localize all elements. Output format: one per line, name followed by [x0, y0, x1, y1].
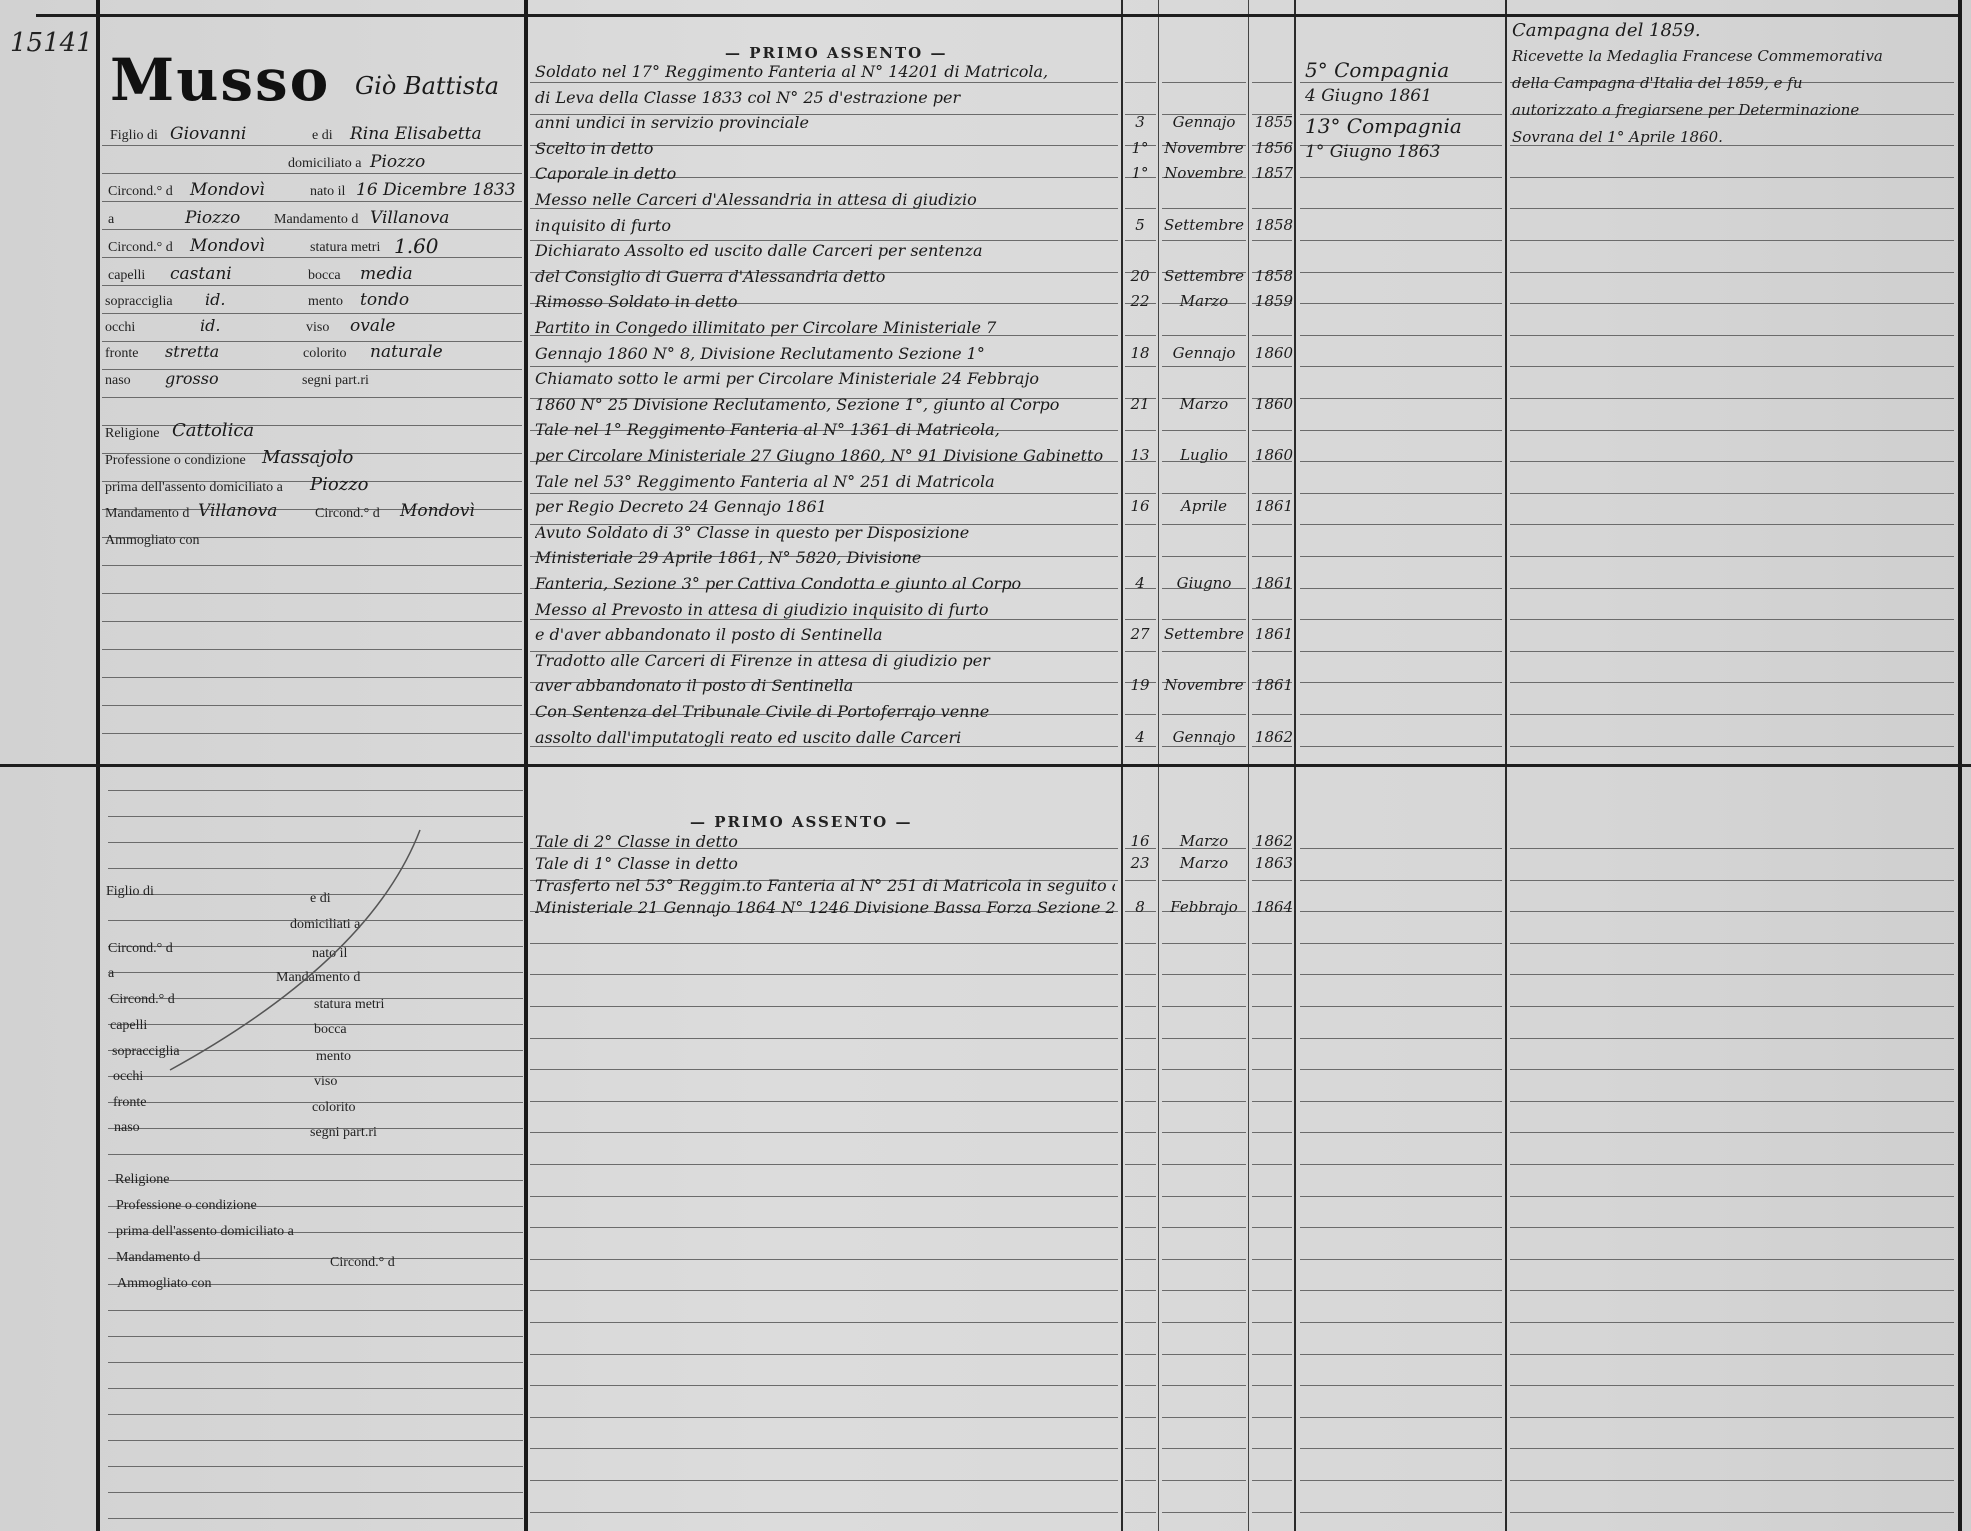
label2-professione: Professione o condizione	[116, 1198, 257, 1214]
label-fronte: fronte	[105, 346, 138, 362]
note-line: Sovrana del 1° Aprile 1860.	[1512, 128, 1723, 146]
ruled-line	[1252, 1227, 1292, 1228]
entry-day: 1°	[1122, 164, 1158, 182]
ruled-line	[1125, 335, 1156, 336]
value-capelli: castani	[170, 264, 232, 284]
label2-circond-3: Circond.° d	[330, 1255, 395, 1271]
ruled-line	[1162, 1480, 1246, 1481]
ruled-line	[102, 565, 522, 566]
ruled-line	[530, 1006, 1118, 1007]
entry-month: Settembre	[1160, 267, 1248, 285]
ruled-line	[1510, 493, 1954, 494]
entry-text: 1860 N° 25 Divisione Reclutamento, Sezio…	[535, 395, 1115, 414]
ruled-line	[1510, 303, 1954, 304]
entry-day: 20	[1122, 267, 1158, 285]
label-statura: statura metri	[310, 240, 380, 256]
entry-day: 16	[1122, 832, 1158, 850]
ruled-line	[1510, 1354, 1954, 1355]
note-line: Ricevette la Medaglia Francese Commemora…	[1512, 47, 1883, 65]
value-circond-1: Mondovì	[190, 180, 265, 200]
ruled-line	[1125, 1322, 1156, 1323]
ruled-line	[1125, 651, 1156, 652]
entry-text: assolto dall'imputatogli reato ed uscito…	[535, 728, 1115, 747]
ruled-line	[1510, 272, 1954, 273]
ruled-line	[1162, 1354, 1246, 1355]
label2-colorito: colorito	[312, 1100, 356, 1116]
ruled-line	[1252, 619, 1292, 620]
value-domiciliato: Piozzo	[370, 152, 425, 172]
ruled-line	[1510, 880, 1954, 881]
ruled-line	[102, 285, 522, 286]
ruled-line	[1125, 240, 1156, 241]
ruled-line	[1162, 974, 1246, 975]
ruled-line	[530, 82, 1118, 83]
entry-text: Gennajo 1860 N° 8, Divisione Reclutament…	[535, 344, 1115, 363]
ruled-line	[1510, 619, 1954, 620]
ruled-line	[1125, 974, 1156, 975]
entry-month: Febbrajo	[1160, 898, 1248, 916]
entry-text: Tale nel 53° Reggimento Fanteria al N° 2…	[535, 472, 1115, 491]
entry-text: di Leva della Classe 1833 col N° 25 d'es…	[535, 88, 1115, 107]
ruled-line	[1510, 1132, 1954, 1133]
entry-text: del Consiglio di Guerra d'Alessandria de…	[535, 267, 1115, 286]
ruled-line	[1125, 493, 1156, 494]
ruled-line	[108, 1466, 523, 1467]
ruled-line	[102, 397, 522, 398]
ruled-line	[1252, 1069, 1292, 1070]
entry-text: Soldato nel 17° Reggimento Fanteria al N…	[535, 62, 1115, 81]
ruled-line	[1300, 303, 1502, 304]
ruled-line	[1510, 1038, 1954, 1039]
ruled-line	[1162, 524, 1246, 525]
entry-month: Novembre	[1160, 139, 1248, 157]
ruled-line	[1300, 1259, 1502, 1260]
ruled-line	[102, 425, 522, 426]
ruled-line	[108, 1492, 523, 1493]
ruled-line	[1162, 1196, 1246, 1197]
note-title: Campagna del 1859.	[1512, 20, 1701, 41]
ruled-line	[1162, 746, 1246, 747]
value-e-di: Rina Elisabetta	[350, 124, 482, 144]
entry-day: 13	[1122, 446, 1158, 464]
entry-year: 1864	[1250, 898, 1298, 916]
ruled-line	[1252, 240, 1292, 241]
ruled-line	[1125, 430, 1156, 431]
ruled-line	[1300, 974, 1502, 975]
ruled-line	[1162, 1164, 1246, 1165]
label2-prima: prima dell'assento domiciliato a	[116, 1224, 294, 1240]
value-figlio-di: Giovanni	[170, 124, 246, 144]
value-circond-2: Mondovì	[190, 236, 265, 256]
ruled-line	[1510, 1069, 1954, 1070]
ruled-line	[1300, 1038, 1502, 1039]
ruled-line	[1300, 682, 1502, 683]
ruled-line	[1510, 1196, 1954, 1197]
entry-text: Trasferto nel 53° Reggim.to Fanteria al …	[535, 876, 1115, 895]
ruled-line	[1252, 1006, 1292, 1007]
ruled-line	[1252, 1480, 1292, 1481]
value-statura: 1.60	[394, 234, 439, 258]
ruled-line	[1510, 714, 1954, 715]
ruled-line	[1125, 556, 1156, 557]
label2-a: a	[108, 966, 114, 982]
label2-mandamento-2: Mandamento d	[116, 1250, 200, 1266]
ruled-line	[1510, 461, 1954, 462]
ruled-line	[1300, 1417, 1502, 1418]
label-figlio-di: Figlio di	[110, 128, 158, 144]
ruled-line	[1300, 1290, 1502, 1291]
entry-text: Messo nelle Carceri d'Alessandria in att…	[535, 190, 1115, 209]
ruled-line	[530, 1322, 1118, 1323]
ruled-line	[1300, 430, 1502, 431]
ruled-line	[1125, 1132, 1156, 1133]
entry-year: 1860	[1250, 395, 1298, 413]
ruled-line	[1125, 208, 1156, 209]
entry-day: 18	[1122, 344, 1158, 362]
entry-day: 4	[1122, 728, 1158, 746]
entry-year: 1858	[1250, 267, 1298, 285]
ruled-line	[1300, 272, 1502, 273]
ruled-line	[1125, 1164, 1156, 1165]
ruled-line	[1162, 1101, 1246, 1102]
ruled-line	[1510, 588, 1954, 589]
ruled-line	[1162, 1448, 1246, 1449]
entry-day: 16	[1122, 497, 1158, 515]
ruled-line	[1510, 1101, 1954, 1102]
entry-year: 1861	[1250, 497, 1298, 515]
ruled-line	[1510, 943, 1954, 944]
ruled-line	[1162, 1512, 1246, 1513]
label-naso: naso	[105, 373, 131, 389]
label-colorito: colorito	[303, 346, 347, 362]
value-bocca: media	[360, 264, 413, 284]
ruled-line	[1252, 1259, 1292, 1260]
label-a: a	[108, 212, 114, 228]
label-circond-3: Circond.° d	[315, 506, 380, 522]
ruled-line	[1162, 1385, 1246, 1386]
value-occhi: id.	[200, 316, 220, 335]
primo-assento-heading: — PRIMO ASSENTO —	[725, 44, 947, 62]
entry-text: Ministeriale 29 Aprile 1861, N° 5820, Di…	[535, 548, 1115, 567]
ruled-line	[1252, 335, 1292, 336]
cancel-stroke	[150, 820, 430, 1080]
value-religione: Cattolica	[172, 420, 254, 441]
value-mento: tondo	[360, 290, 409, 310]
ruled-line	[1510, 1322, 1954, 1323]
ruled-line	[1510, 1417, 1954, 1418]
ruled-line	[108, 816, 523, 817]
ruled-line	[1252, 1038, 1292, 1039]
value-circond-3: Mondovì	[400, 501, 475, 521]
ruled-line	[1125, 1354, 1156, 1355]
ruled-line	[1252, 493, 1292, 494]
ruled-line	[1300, 398, 1502, 399]
entry-month: Giugno	[1160, 574, 1248, 592]
label-mandamento-2: Mandamento d	[105, 506, 189, 522]
ruled-line	[1300, 588, 1502, 589]
label-mento: mento	[308, 294, 343, 310]
ruled-line	[1125, 746, 1156, 747]
ruled-line	[1125, 1480, 1156, 1481]
ruled-line	[1300, 651, 1502, 652]
ruled-line	[1300, 1069, 1502, 1070]
entry-text: Avuto Soldato di 3° Classe in questo per…	[535, 523, 1115, 542]
ruled-line	[1510, 651, 1954, 652]
entry-month: Aprile	[1160, 497, 1248, 515]
ruled-line	[1510, 177, 1954, 178]
ruled-line	[1125, 1101, 1156, 1102]
label-prima: prima dell'assento domiciliato a	[105, 480, 283, 496]
entry-year: 1861	[1250, 625, 1298, 643]
label-professione: Professione o condizione	[105, 453, 246, 469]
label-segni: segni part.ri	[302, 373, 369, 389]
value-prima: Piozzo	[310, 474, 369, 495]
given-name: Giò Battista	[355, 72, 499, 100]
entry-text: Chiamato sotto le armi per Circolare Min…	[535, 369, 1115, 388]
ruled-line	[1300, 1006, 1502, 1007]
value-professione: Massajolo	[262, 447, 353, 468]
ruled-line	[108, 1180, 523, 1181]
ruled-line	[530, 1385, 1118, 1386]
ruled-line	[1162, 1069, 1246, 1070]
ruled-line	[1300, 1227, 1502, 1228]
label2-ammogliato: Ammogliato con	[117, 1276, 212, 1292]
ruled-line	[530, 1480, 1118, 1481]
entry-text: Partito in Congedo illimitato per Circol…	[535, 318, 1115, 337]
entry-month: Settembre	[1160, 625, 1248, 643]
ruled-line	[1162, 1132, 1246, 1133]
ruled-line	[1252, 1512, 1292, 1513]
ruled-line	[102, 733, 522, 734]
ruled-line	[1125, 524, 1156, 525]
ruled-line	[108, 1388, 523, 1389]
ruled-line	[1510, 1006, 1954, 1007]
register-page: 15141 Musso Giò Battista Figlio di Giova…	[0, 0, 1971, 1531]
label2-religione: Religione	[115, 1172, 169, 1188]
company-name: 5° Compagnia	[1305, 58, 1449, 82]
ruled-line	[1125, 880, 1156, 881]
ruled-line	[1252, 714, 1292, 715]
ruled-line	[530, 1290, 1118, 1291]
entry-year: 1860	[1250, 344, 1298, 362]
entry-month: Gennajo	[1160, 344, 1248, 362]
ruled-line	[1125, 619, 1156, 620]
value-fronte: stretta	[165, 342, 219, 361]
ruled-line	[1300, 1354, 1502, 1355]
ruled-line	[1510, 1259, 1954, 1260]
ruled-line	[1300, 1385, 1502, 1386]
ruled-line	[1300, 335, 1502, 336]
ruled-line	[1162, 651, 1246, 652]
label2-figlio-di: Figlio di	[106, 884, 154, 900]
entry-day: 1°	[1122, 139, 1158, 157]
ruled-line	[1300, 240, 1502, 241]
ruled-line	[1162, 430, 1246, 431]
value-naso: grosso	[165, 369, 219, 388]
entry-month: Novembre	[1160, 676, 1248, 694]
entry-day: 3	[1122, 113, 1158, 131]
ruled-line	[1510, 1290, 1954, 1291]
ruled-line	[1300, 177, 1502, 178]
ruled-line	[1252, 974, 1292, 975]
ruled-line	[1300, 1196, 1502, 1197]
ruled-line	[1252, 208, 1292, 209]
ruled-line	[1510, 974, 1954, 975]
entry-day: 21	[1122, 395, 1158, 413]
label2-occhi: occhi	[113, 1069, 143, 1085]
entry-text: Caporale in detto	[535, 164, 1115, 183]
label-bocca: bocca	[308, 268, 341, 284]
ruled-line	[530, 1227, 1118, 1228]
entry-month: Gennajo	[1160, 728, 1248, 746]
entry-text: per Circolare Ministeriale 27 Giugno 186…	[535, 446, 1115, 465]
ruled-line	[530, 974, 1118, 975]
entry-month: Gennajo	[1160, 113, 1248, 131]
ruled-line	[102, 649, 522, 650]
value-a: Piozzo	[185, 208, 240, 228]
ruled-line	[530, 1259, 1118, 1260]
ruled-line	[1125, 82, 1156, 83]
ruled-line	[1510, 1512, 1954, 1513]
ruled-line	[1300, 524, 1502, 525]
value-nato: 16 Dicembre 1833	[356, 180, 516, 200]
ruled-line	[1510, 556, 1954, 557]
ruled-line	[1125, 1290, 1156, 1291]
ruled-line	[1510, 398, 1954, 399]
ruled-line	[102, 313, 522, 314]
ruled-line	[530, 943, 1118, 944]
ruled-line	[1252, 1290, 1292, 1291]
label-circond-2: Circond.° d	[108, 240, 173, 256]
entry-year: 1862	[1250, 832, 1298, 850]
ruled-line	[108, 1440, 523, 1441]
label-e-di: e di	[312, 128, 333, 144]
ruled-line	[1162, 1290, 1246, 1291]
ruled-line	[108, 790, 523, 791]
ruled-line	[1300, 556, 1502, 557]
label-circond-1: Circond.° d	[108, 184, 173, 200]
ruled-line	[530, 1417, 1118, 1418]
entry-year: 1863	[1250, 854, 1298, 872]
ruled-line	[1162, 880, 1246, 881]
label-ammogliato: Ammogliato con	[105, 533, 200, 549]
ruled-line	[1510, 1448, 1954, 1449]
ruled-line	[1125, 1069, 1156, 1070]
ruled-line	[1252, 943, 1292, 944]
ruled-line	[1300, 880, 1502, 881]
entry-year: 1856	[1250, 139, 1298, 157]
ruled-line	[1510, 335, 1954, 336]
label-viso: viso	[306, 320, 329, 336]
ruled-line	[102, 705, 522, 706]
label-religione: Religione	[105, 426, 159, 442]
ruled-line	[102, 593, 522, 594]
entry-day: 27	[1122, 625, 1158, 643]
ruled-line	[1300, 746, 1502, 747]
ruled-line	[1162, 240, 1246, 241]
ruled-line	[1125, 1006, 1156, 1007]
ruled-line	[1162, 493, 1246, 494]
ruled-line	[1252, 1164, 1292, 1165]
entry-text: Dichiarato Assolto ed uscito dalle Carce…	[535, 241, 1115, 260]
ruled-line	[1162, 366, 1246, 367]
entry-year: 1858	[1250, 216, 1298, 234]
entry-year: 1861	[1250, 574, 1298, 592]
label2-capelli: capelli	[110, 1018, 147, 1034]
ruled-line	[1162, 335, 1246, 336]
ruled-line	[1300, 208, 1502, 209]
ruled-line	[1300, 714, 1502, 715]
ruled-line	[1300, 1480, 1502, 1481]
note-line: della Campagna d'Italia del 1859, e fu	[1512, 74, 1803, 92]
ruled-line	[1125, 366, 1156, 367]
ruled-line	[1300, 366, 1502, 367]
label-sopracciglia: sopracciglia	[105, 294, 173, 310]
entry-year: 1861	[1250, 676, 1298, 694]
ruled-line	[1162, 714, 1246, 715]
ruled-line	[1252, 651, 1292, 652]
ruled-line	[1252, 1417, 1292, 1418]
ruled-line	[108, 1362, 523, 1363]
ruled-line	[530, 619, 1118, 620]
ruled-line	[1162, 1006, 1246, 1007]
value-colorito: naturale	[370, 342, 443, 362]
entry-day: 8	[1122, 898, 1158, 916]
ruled-line	[530, 1132, 1118, 1133]
ruled-line	[102, 201, 522, 202]
ruled-line	[108, 1310, 523, 1311]
ruled-line	[1162, 1259, 1246, 1260]
entry-text: Fanteria, Sezione 3° per Cattiva Condott…	[535, 574, 1115, 593]
ruled-line	[1300, 1448, 1502, 1449]
ruled-line	[1510, 1480, 1954, 1481]
value-mandamento: Villanova	[370, 208, 449, 228]
register-number: 15141	[10, 28, 93, 58]
entry-month: Marzo	[1160, 832, 1248, 850]
ruled-line	[1162, 1417, 1246, 1418]
company-name: 13° Compagnia	[1305, 114, 1462, 138]
ruled-line	[1510, 208, 1954, 209]
ruled-line	[1162, 1322, 1246, 1323]
entry-year: 1862	[1250, 728, 1298, 746]
ruled-line	[1300, 1101, 1502, 1102]
entry-day: 5	[1122, 216, 1158, 234]
entry-text: Ministeriale 21 Gennajo 1864 N° 1246 Div…	[535, 898, 1115, 917]
ruled-line	[1125, 1512, 1156, 1513]
ruled-line	[1510, 524, 1954, 525]
ruled-line	[1125, 943, 1156, 944]
ruled-line	[1510, 746, 1954, 747]
ruled-line	[1162, 82, 1246, 83]
ruled-line	[530, 1512, 1118, 1513]
entry-text: Con Sentenza del Tribunale Civile di Por…	[535, 702, 1115, 721]
ruled-line	[102, 621, 522, 622]
ruled-line	[1162, 1227, 1246, 1228]
ruled-line	[1300, 619, 1502, 620]
entry-month: Settembre	[1160, 216, 1248, 234]
entry-day: 23	[1122, 854, 1158, 872]
ruled-line	[1162, 619, 1246, 620]
ruled-line	[1125, 714, 1156, 715]
entry-text: Messo al Prevosto in attesa di giudizio …	[535, 600, 1115, 619]
ruled-line	[108, 1518, 523, 1519]
note-line: autorizzato a fregiarsene per Determinaz…	[1512, 101, 1859, 119]
entry-text: Tale di 2° Classe in detto	[535, 832, 1115, 851]
ruled-line	[1125, 1417, 1156, 1418]
ruled-line	[1252, 1322, 1292, 1323]
ruled-line	[1162, 1038, 1246, 1039]
ruled-line	[102, 229, 522, 230]
